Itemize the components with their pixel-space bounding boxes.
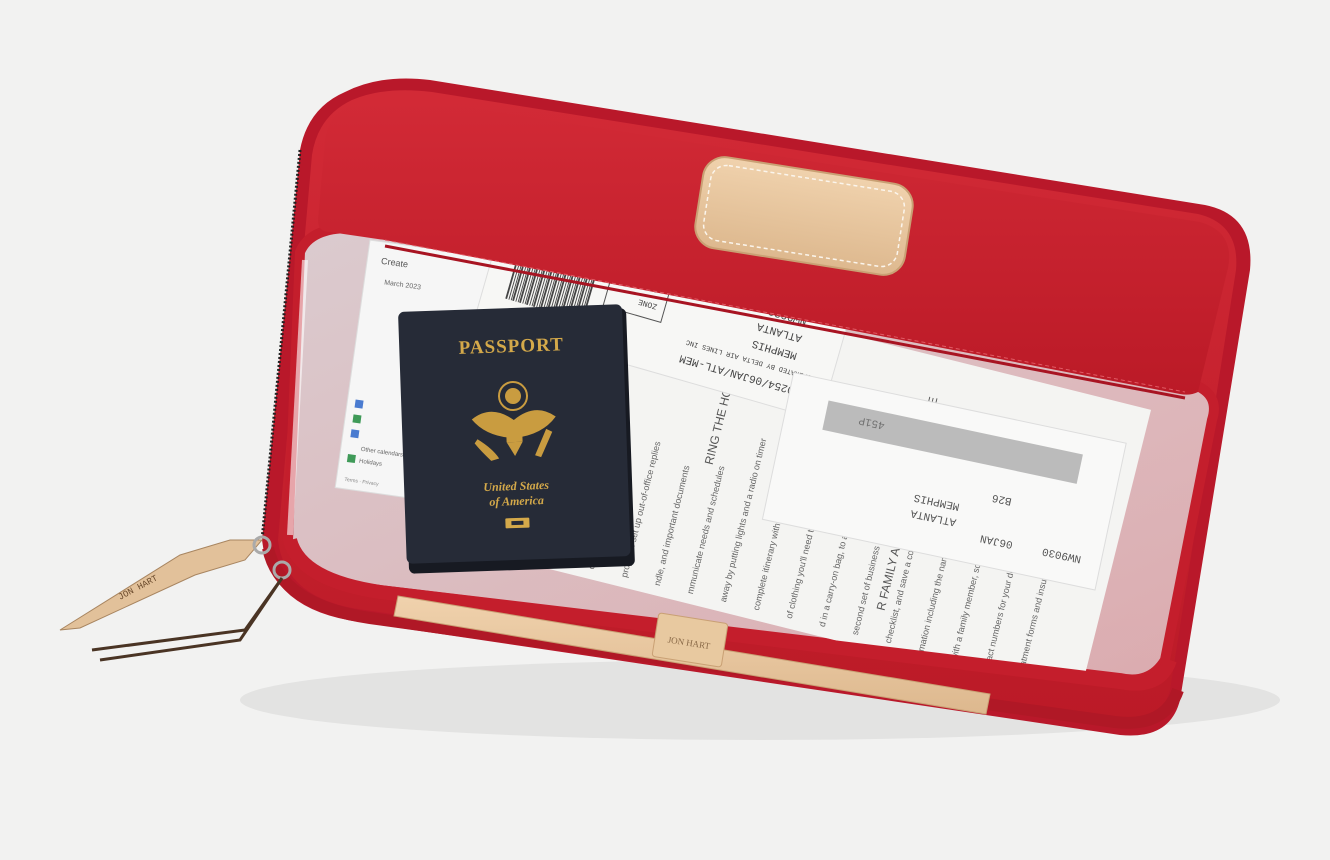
product-photo: Create March 2023 Other calendars Holida…: [0, 0, 1330, 860]
zipper-cord: [92, 578, 282, 660]
checkbox-icon: [347, 454, 356, 463]
zipper-tag: [60, 540, 262, 630]
passport: PASSPORT United States of America: [398, 304, 635, 574]
zipper-pulls: JON HART: [60, 537, 290, 660]
checkbox-icon: [350, 429, 359, 438]
passport-title: PASSPORT: [458, 334, 564, 359]
checkbox-icon: [355, 400, 364, 409]
checkbox-icon: [352, 414, 361, 423]
passport-country-1: United States: [483, 478, 549, 494]
passport-country-2: of America: [489, 493, 544, 509]
